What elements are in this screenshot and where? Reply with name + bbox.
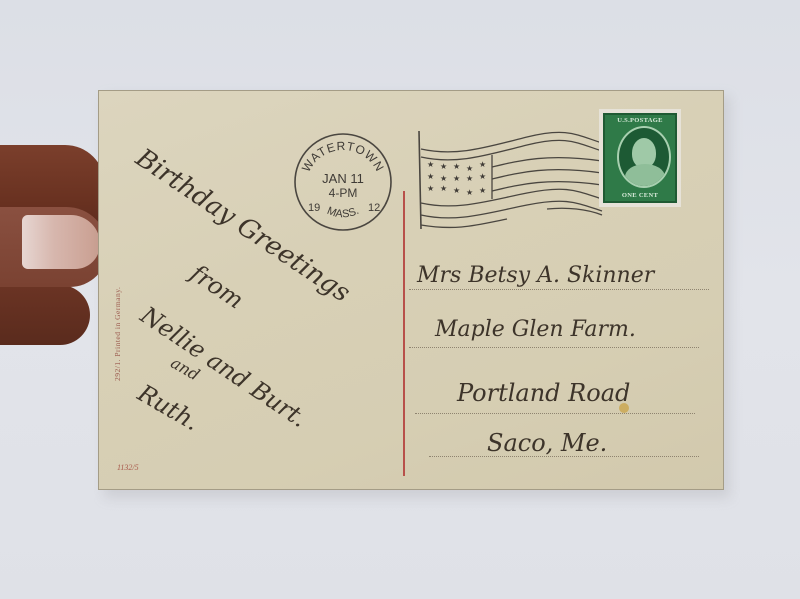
svg-text:★: ★ [479, 186, 486, 195]
address-rule-3 [415, 413, 695, 414]
address-rule-1 [409, 289, 709, 290]
stamp-face: U.S.POSTAGE ONE CENT [603, 113, 677, 203]
svg-text:MASS.: MASS. [325, 205, 361, 221]
svg-text:★: ★ [479, 160, 486, 169]
svg-text:★: ★ [466, 188, 473, 197]
svg-text:12: 12 [368, 202, 380, 214]
message-line-2: from [185, 259, 248, 314]
address-line-1: Mrs Betsy A. Skinner [417, 263, 654, 288]
address-rule-2 [409, 347, 699, 348]
svg-text:★: ★ [427, 160, 434, 169]
svg-text:★: ★ [440, 184, 447, 193]
finger-lower [0, 285, 90, 345]
svg-text:★: ★ [453, 162, 460, 171]
svg-text:★: ★ [427, 172, 434, 181]
svg-text:★: ★ [440, 174, 447, 183]
stamp-top-text: U.S.POSTAGE [605, 117, 675, 124]
flag-cancellation: ★★★★★ ★★★★★ ★★★★★ [407, 129, 607, 229]
svg-text:★: ★ [466, 164, 473, 173]
postage-stamp: U.S.POSTAGE ONE CENT [599, 109, 681, 207]
hand [0, 145, 105, 325]
printed-in-germany-label: 292/1. Printed in Germany. [113, 287, 122, 381]
message-line-5: Ruth. [133, 379, 204, 436]
address-line-4: Saco, Me. [487, 429, 607, 457]
thumbnail [22, 215, 100, 269]
address-line-2: Maple Glen Farm. [435, 317, 636, 342]
flag-icon: ★★★★★ ★★★★★ ★★★★★ [407, 129, 607, 229]
svg-text:★: ★ [453, 186, 460, 195]
stamp-bottom-text: ONE CENT [605, 192, 675, 199]
postcard: 292/1. Printed in Germany. 1132/5 WATERT… [98, 90, 724, 490]
svg-text:★: ★ [440, 162, 447, 171]
svg-text:4-PM: 4-PM [329, 186, 358, 200]
franklin-portrait-icon [617, 126, 671, 188]
svg-text:JAN 11: JAN 11 [322, 171, 364, 186]
item-number: 1132/5 [117, 463, 139, 472]
svg-text:★: ★ [453, 174, 460, 183]
svg-text:★: ★ [479, 172, 486, 181]
stain [619, 403, 629, 413]
postmark-circle-icon: WATERTOWN JAN 11 4-PM 19 12 MASS. [292, 131, 394, 233]
divider-line [403, 191, 405, 476]
svg-text:19: 19 [308, 202, 320, 214]
postmark: WATERTOWN JAN 11 4-PM 19 12 MASS. [292, 131, 394, 233]
svg-text:★: ★ [427, 184, 434, 193]
address-line-3: Portland Road [457, 379, 630, 407]
svg-text:★: ★ [466, 174, 473, 183]
